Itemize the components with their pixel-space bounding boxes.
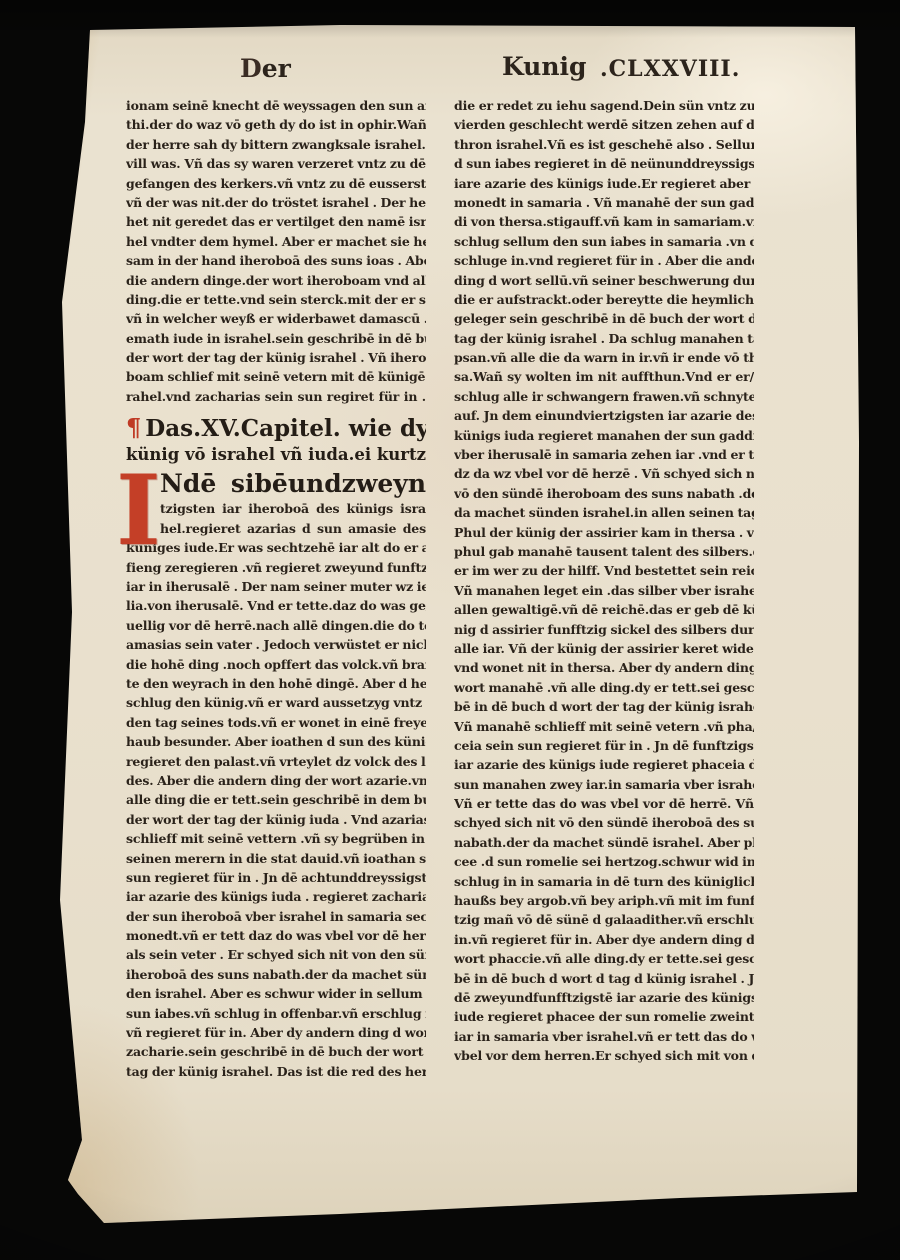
text-line: monedt in samaria . Vñ manahē der sun ga…	[454, 193, 754, 212]
text-line: er im wer zu der hilff. Vnd bestettet se…	[454, 561, 754, 580]
chapter-heading-text: Das.XV.Capitel. wie dy	[145, 415, 426, 442]
text-line: iar in samaria vber israhel.vñ er tett d…	[454, 1027, 754, 1046]
text-line: die er aufstrackt.oder bereytte die heym…	[454, 290, 754, 309]
text-line: geleger sein geschribē in dē buch der wo…	[454, 309, 754, 328]
text-line: schyed sich nit vō den sündē iheroboā de…	[454, 813, 754, 832]
text-line: auf. Jn dem einundviertzigsten iar azari…	[454, 406, 754, 425]
text-line: in.vñ regieret für in. Aber dye andern d…	[454, 930, 754, 949]
text-line: Vñ manahen leget ein .das silber vber is…	[454, 581, 754, 600]
chapter-opening-lines: Ndē sibēundzweyn tzigsten iar iheroboā d…	[160, 468, 426, 538]
paragraph-before-chapter: ionam seinē knecht dē weyssagen den sun …	[126, 96, 426, 406]
chapter-opening-big-line: Ndē sibēundzweyn	[160, 468, 426, 499]
text-line: sun manahen zwey iar.in samaria vber isr…	[454, 775, 754, 794]
running-header-left: Der	[240, 54, 291, 83]
text-line: schlug in in samaria in dē turn des küni…	[454, 872, 754, 891]
text-line: ceia sein sun regieret für in . Jn dē fu…	[454, 736, 754, 755]
text-line: cee .d sun romelie sei hertzog.schwur wi…	[454, 852, 754, 871]
text-line: die er redet zu iehu sagend.Dein sün vnt…	[454, 96, 754, 115]
chapter-heading-line2: künig vō israhel vñ iuda.ei kurtze zeyt …	[126, 443, 426, 466]
text-line: ionam seinē knecht dē weyssagen den sun …	[126, 96, 426, 115]
text-line: lia.von iherusalē. Vnd er tette.daz do w…	[126, 596, 426, 615]
text-line: alle iar. Vñ der künig der assirier kere…	[454, 639, 754, 658]
text-column-right: die er redet zu iehu sagend.Dein sün vnt…	[454, 96, 754, 1066]
text-line: ding d wort sellū.vñ seiner beschwerung …	[454, 271, 754, 290]
text-line: dz da wz vbel vor dē herzē . Vñ schyed s…	[454, 464, 754, 483]
text-line: als sein veter . Er schyed sich nit von …	[126, 945, 426, 964]
text-line: seinen merern in die stat dauid.vñ ioath…	[126, 849, 426, 868]
text-line: vō den sündē iheroboam des suns nabath .…	[454, 484, 754, 503]
text-line: thron israhel.Vñ es ist geschehē also . …	[454, 135, 754, 154]
text-line: iar azarie des künigs iuda . regieret za…	[126, 887, 426, 906]
text-line: da machet sünden israhel.in allen seinen…	[454, 503, 754, 522]
rubric-pilcrow-icon: ¶	[126, 413, 145, 442]
text-line: thi.der do waz vō geth dy do ist in ophi…	[126, 115, 426, 134]
text-column-left: ionam seinē knecht dē weyssagen den sun …	[126, 96, 426, 1081]
text-line: ding.die er tette.vnd sein sterck.mit de…	[126, 290, 426, 309]
text-line: schlug den künig.vñ er ward aussetzyg vn…	[126, 693, 426, 712]
text-line: vñ regieret für in. Aber dy andern ding …	[126, 1023, 426, 1042]
text-line: uellig vor dē herrē.nach allē dingen.die…	[126, 616, 426, 635]
text-line: dē zweyundfunfftzigstē iar azarie des kü…	[454, 988, 754, 1007]
text-line: haußs bey argob.vñ bey ariph.vñ mit im f…	[454, 891, 754, 910]
text-line: iude regieret phacee der sun romelie zwe…	[454, 1007, 754, 1026]
text-line: vñ der was nit.der do tröstet israhel . …	[126, 193, 426, 212]
text-line: schlug alle ir schwangern frawen.vñ schn…	[454, 387, 754, 406]
rubricated-initial-icon: I	[116, 468, 160, 538]
text-line: schluge in.vnd regieret für in . Aber di…	[454, 251, 754, 270]
text-line: rahel.vnd zacharias sein sun regiret für…	[126, 387, 426, 406]
text-line: vbel vor dem herren.Er schyed sich mit v…	[454, 1046, 754, 1065]
text-line: die hohē ding .noch opffert das volck.vñ…	[126, 655, 426, 674]
text-line: wort manahē .vñ alle ding.dy er tett.sei…	[454, 678, 754, 697]
text-line: der sun iheroboā vber israhel in samaria…	[126, 907, 426, 926]
text-line: hel vndter dem hymel. Aber er machet sie…	[126, 232, 426, 251]
text-line: küniges iude.Er was sechtzehē iar alt do…	[126, 538, 426, 557]
text-line: gefangen des kerkers.vñ vntz zu dē eusse…	[126, 174, 426, 193]
text-line: psan.vñ alle die da warn in ir.vñ ir end…	[454, 348, 754, 367]
text-line: iare azarie des künigs iude.Er regieret …	[454, 174, 754, 193]
text-line: Phul der künig der assirier kam in thers…	[454, 523, 754, 542]
text-line: den israhel. Aber es schwur wider in sel…	[126, 984, 426, 1003]
text-line: boam schlief mit seinē vetern mit dē kün…	[126, 367, 426, 386]
text-line: den tag seines tods.vñ er wonet in einē …	[126, 713, 426, 732]
text-line: nig d assirier funfftzig sickel des silb…	[454, 620, 754, 639]
text-line: di von thersa.stigauff.vñ kam in samaria…	[454, 212, 754, 231]
running-header-title: Kunig	[502, 52, 587, 81]
text-line: het nit geredet das er vertilget den nam…	[126, 212, 426, 231]
text-line: sa.Wañ sy wolten im nit auffthun.Vnd er …	[454, 367, 754, 386]
text-line: d sun iabes regieret in dē neünunddreyss…	[454, 154, 754, 173]
text-line: vñ in welcher weyß er widerbawet damascū…	[126, 309, 426, 328]
text-line: der wort der tag der künig israhel . Vñ …	[126, 348, 426, 367]
text-line: bē in dē buch d wort der tag der künig i…	[454, 697, 754, 716]
text-line: zacharie.sein geschribē in dē buch der w…	[126, 1042, 426, 1061]
text-line: amasias sein vater . Jedoch verwüstet er…	[126, 635, 426, 654]
text-line: der herre sah dy bittern zwangksale isra…	[126, 135, 426, 154]
text-line: fieng zeregieren .vñ regieret zweyund fu…	[126, 558, 426, 577]
text-line: phul gab manahē tausent talent des silbe…	[454, 542, 754, 561]
text-line: nabath.der da machet sündē israhel. Aber…	[454, 833, 754, 852]
text-line: vnd wonet nit in thersa. Aber dy andern …	[454, 658, 754, 677]
text-line: allen gewaltigē.vñ dē reichē.das er geb …	[454, 600, 754, 619]
text-line: regieret den palast.vñ vrteylet dz volck…	[126, 752, 426, 771]
text-line: alle ding die er tett.sein geschribē in …	[126, 790, 426, 809]
folio-number: .CLXXVIII.	[600, 56, 740, 82]
text-line: Vñ er tette das do was vbel vor dē herrē…	[454, 794, 754, 813]
text-line: sun iabes.vñ schlug in offenbar.vñ ersch…	[126, 1004, 426, 1023]
text-line: sun regieret für in . Jn dē achtunddreys…	[126, 868, 426, 887]
text-line: te den weyrach in den hohē dingē. Aber d…	[126, 674, 426, 693]
text-line: vierden geschlecht werdē sitzen zehen au…	[454, 115, 754, 134]
text-line: emath iude in israhel.sein geschribē in …	[126, 329, 426, 348]
text-line: tzigsten iar iheroboā des künigs isra	[160, 499, 426, 518]
text-line: iar in iherusalē . Der nam seiner muter …	[126, 577, 426, 596]
manuscript-leaf: Der Kunig .CLXXVIII. ionam seinē knecht …	[40, 22, 864, 1234]
text-line: schlieff mit seinē vettern .vñ sy begrüb…	[126, 829, 426, 848]
chapter-indented-lines: tzigsten iar iheroboā des künigs israhel…	[160, 499, 426, 538]
text-line: monedt.vñ er tett daz do was vbel vor dē…	[126, 926, 426, 945]
text-line: der wort der tag der künig iuda . Vnd az…	[126, 810, 426, 829]
text-line: bē in dē buch d wort d tag d künig israh…	[454, 969, 754, 988]
text-line: schlug sellum den sun iabes in samaria .…	[454, 232, 754, 251]
text-line: künigs iuda regieret manahen der sun gad…	[454, 426, 754, 445]
chapter-heading: ¶Das.XV.Capitel. wie dy künig vō israhel…	[126, 413, 426, 466]
chapter-heading-line1: ¶Das.XV.Capitel. wie dy	[126, 413, 426, 443]
text-line: hel.regieret azarias d sun amasie des	[160, 519, 426, 538]
text-line: Vñ manahē schlieff mit seinē vetern .vñ …	[454, 717, 754, 736]
text-line: tag der künig israhel. Das ist die red d…	[126, 1062, 426, 1081]
text-line: vber iherusalē in samaria zehen iar .vnd…	[454, 445, 754, 464]
text-line: iheroboā des suns nabath.der da machet s…	[126, 965, 426, 984]
text-line: vill was. Vñ das sy waren verzeret vntz …	[126, 154, 426, 173]
chapter-opening: I Ndē sibēundzweyn tzigsten iar iheroboā…	[126, 468, 426, 538]
text-line: des. Aber die andern ding der wort azari…	[126, 771, 426, 790]
text-line: tag der künig israhel . Da schlug manahe…	[454, 329, 754, 348]
text-line: wort phaccie.vñ alle ding.dy er tette.se…	[454, 949, 754, 968]
text-line: sam in der hand iheroboā des suns ioas .…	[126, 251, 426, 270]
text-line: haub besunder. Aber ioathen d sun des kü…	[126, 732, 426, 751]
text-line: iar azarie des künigs iude regieret phac…	[454, 755, 754, 774]
text-line: tzig mañ vō dē sünē d galaadither.vñ ers…	[454, 910, 754, 929]
text-line: die andern dinge.der wort iheroboam vnd …	[126, 271, 426, 290]
chapter-body: küniges iude.Er was sechtzehē iar alt do…	[126, 538, 426, 1081]
